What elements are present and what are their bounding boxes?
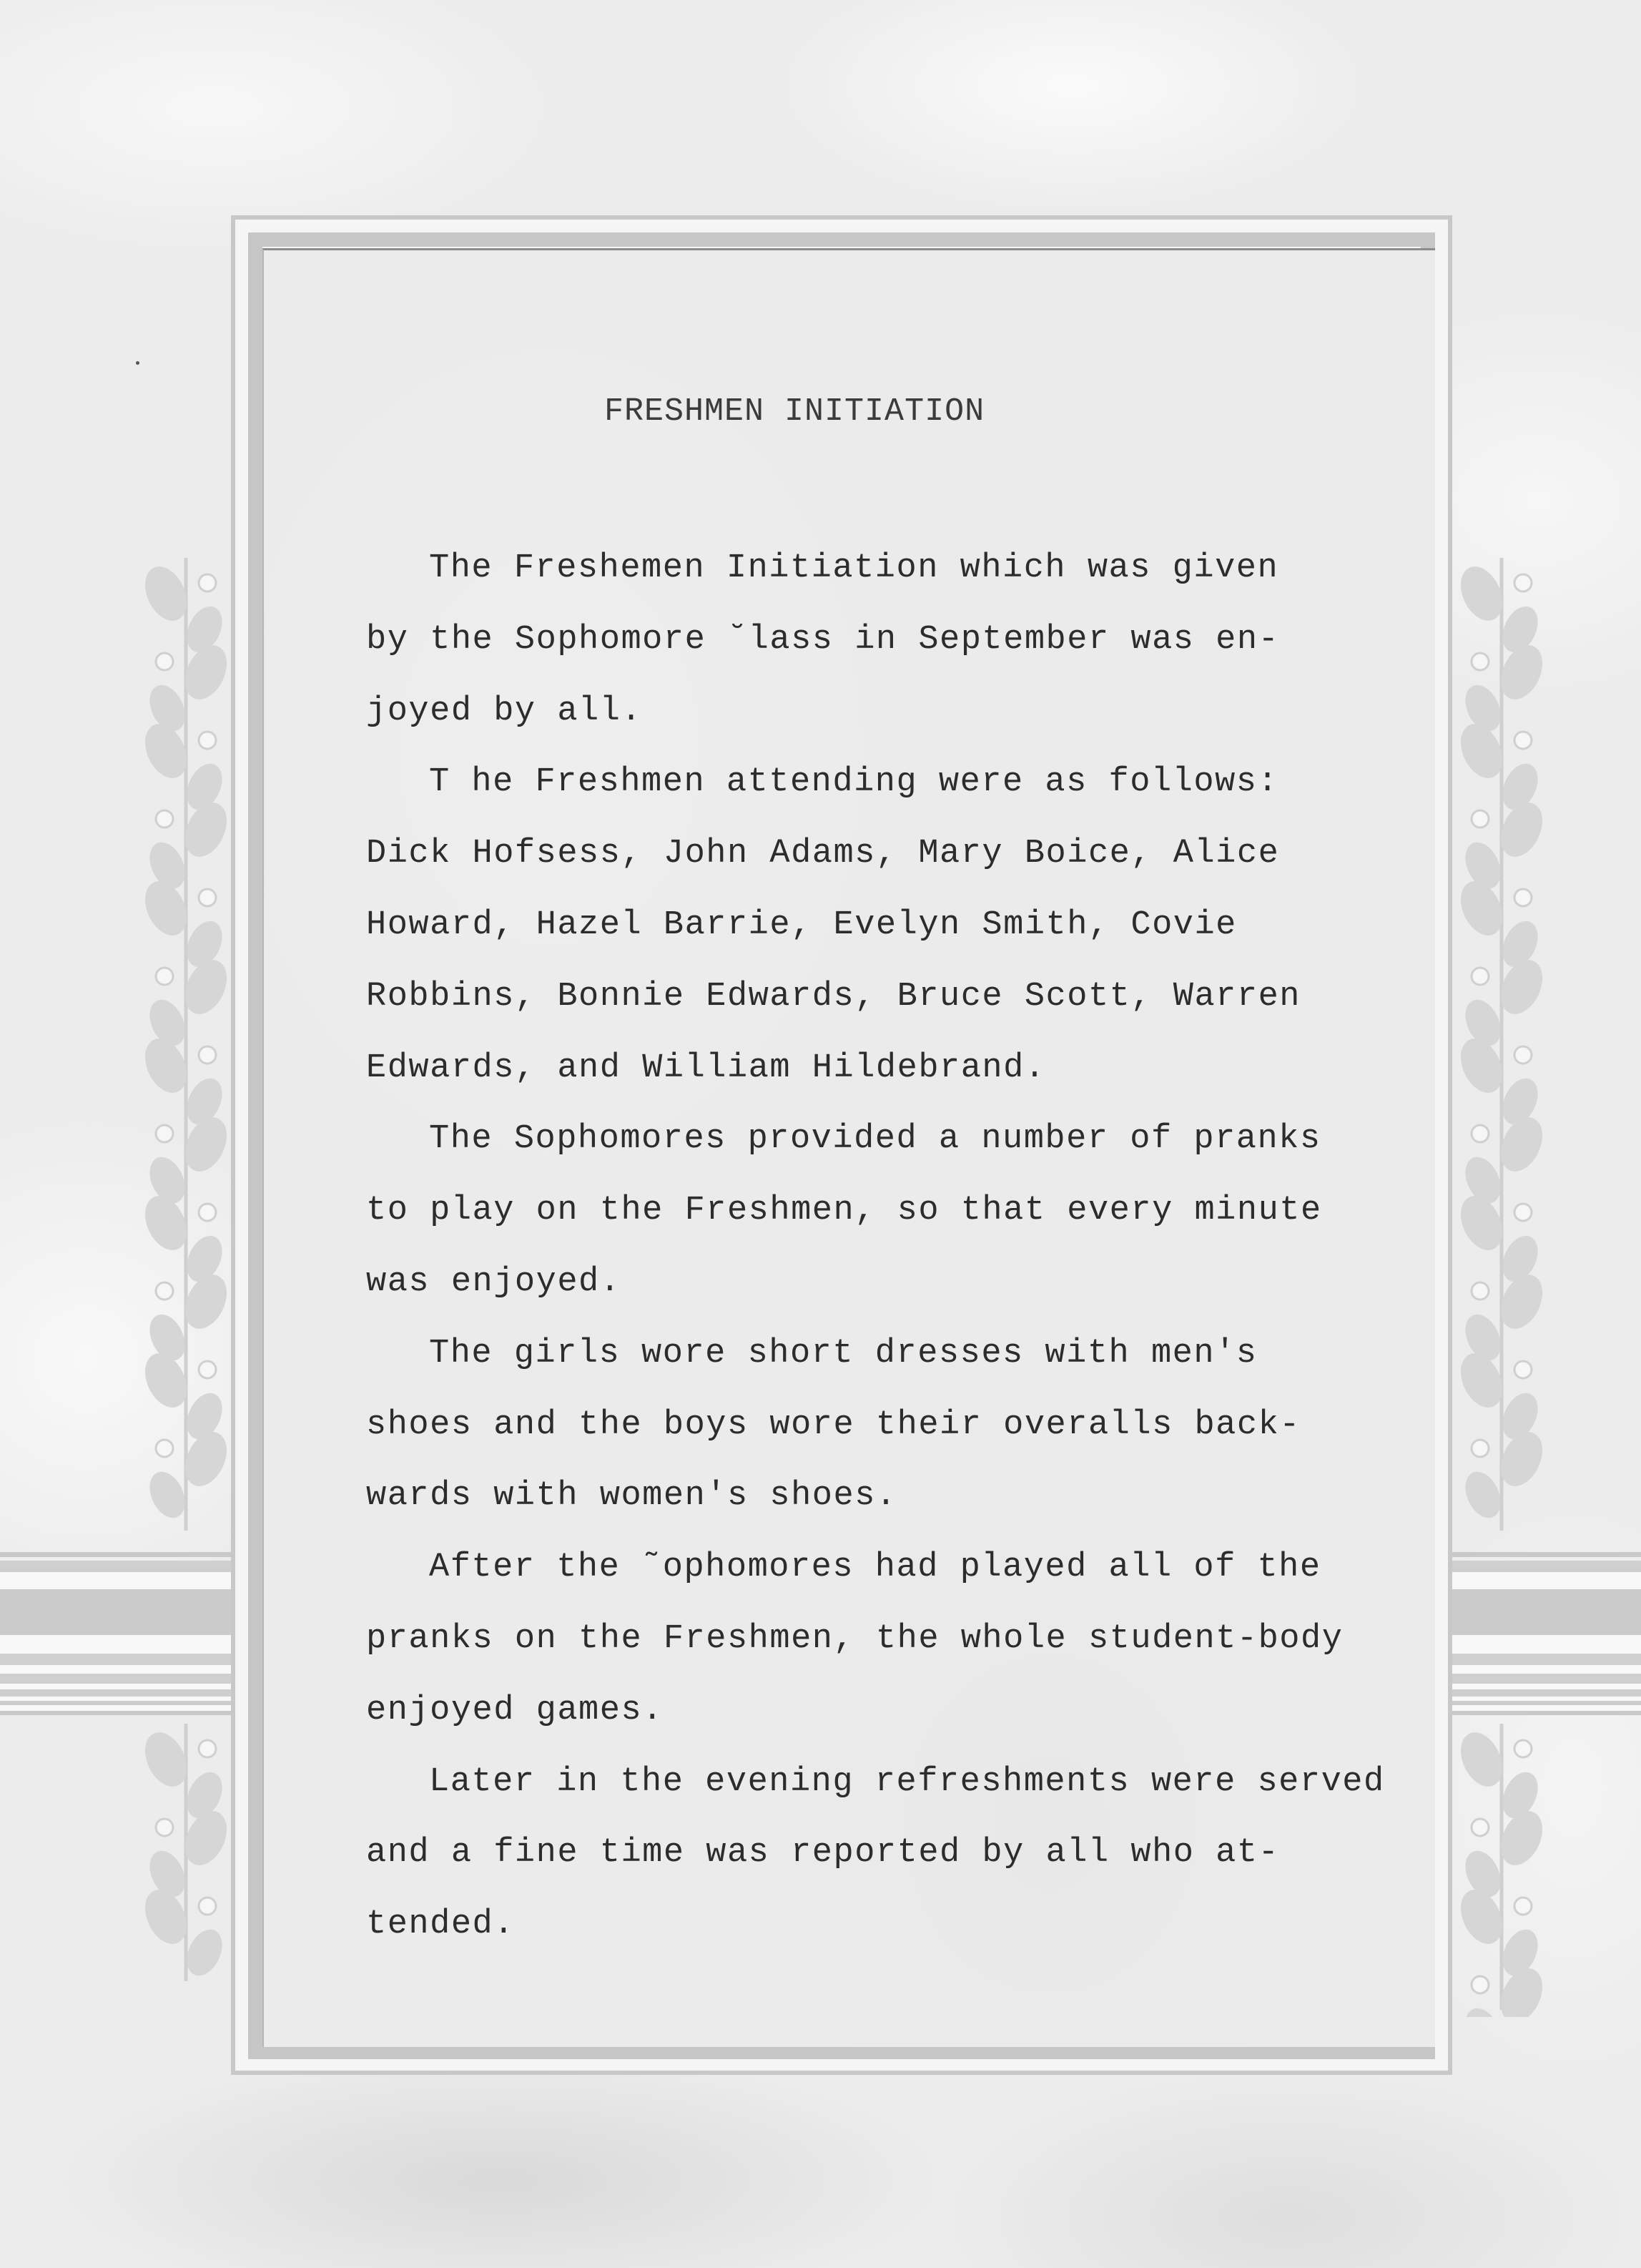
text-line: and a fine time was reported by all who … [366, 1817, 1385, 1889]
text-line: joyed by all. [366, 676, 1385, 747]
text-line: to play on the Freshmen, so that every m… [366, 1175, 1385, 1247]
text-line: The Freshemen Initiation which was given [366, 533, 1385, 604]
paragraph: T he Freshmen attending were as follows:… [366, 747, 1385, 1104]
oak-leaf-ornament-icon [143, 1717, 229, 1988]
text-line: Later in the evening refreshments were s… [366, 1747, 1385, 1818]
text-line: by the Sophomore ˘lass in September was … [366, 604, 1385, 676]
document-title: FRESHMEN INITIATION [604, 393, 985, 430]
text-line: shoes and the boys wore their overalls b… [366, 1390, 1385, 1461]
text-line: tended. [366, 1889, 1385, 1960]
paragraph: After the ˜ophomores had played all of t… [366, 1532, 1385, 1746]
text-line: pranks on the Freshmen, the whole studen… [366, 1604, 1385, 1675]
paragraph: The girls wore short dresses with men'ss… [366, 1318, 1385, 1532]
text-line: Howard, Hazel Barrie, Evelyn Smith, Covi… [366, 890, 1385, 961]
scrapbook-page: FRESHMEN INITIATION The Freshemen Initia… [0, 0, 1641, 2268]
text-line: T he Freshmen attending were as follows: [366, 747, 1385, 818]
paragraph: The Sophomores provided a number of pran… [366, 1104, 1385, 1317]
text-line: The Sophomores provided a number of pran… [366, 1104, 1385, 1175]
paragraph: Later in the evening refreshments were s… [366, 1747, 1385, 1960]
text-line: Dick Hofsess, John Adams, Mary Boice, Al… [366, 818, 1385, 890]
text-line: The girls wore short dresses with men's [366, 1318, 1385, 1390]
ink-speck [136, 361, 139, 365]
oak-leaf-ornament-icon [143, 551, 229, 1538]
text-line: Robbins, Bonnie Edwards, Bruce Scott, Wa… [366, 961, 1385, 1033]
text-line: Edwards, and William Hildebrand. [366, 1033, 1385, 1104]
text-line: After the ˜ophomores had played all of t… [366, 1532, 1385, 1604]
paragraph: The Freshemen Initiation which was given… [366, 533, 1385, 747]
text-line: enjoyed games. [366, 1675, 1385, 1747]
document-body: The Freshemen Initiation which was given… [366, 533, 1385, 1960]
text-line: was enjoyed. [366, 1247, 1385, 1318]
text-line: wards with women's shoes. [366, 1461, 1385, 1532]
oak-leaf-ornament-icon [1459, 551, 1544, 1538]
oak-leaf-ornament-icon [1459, 1717, 1544, 2017]
